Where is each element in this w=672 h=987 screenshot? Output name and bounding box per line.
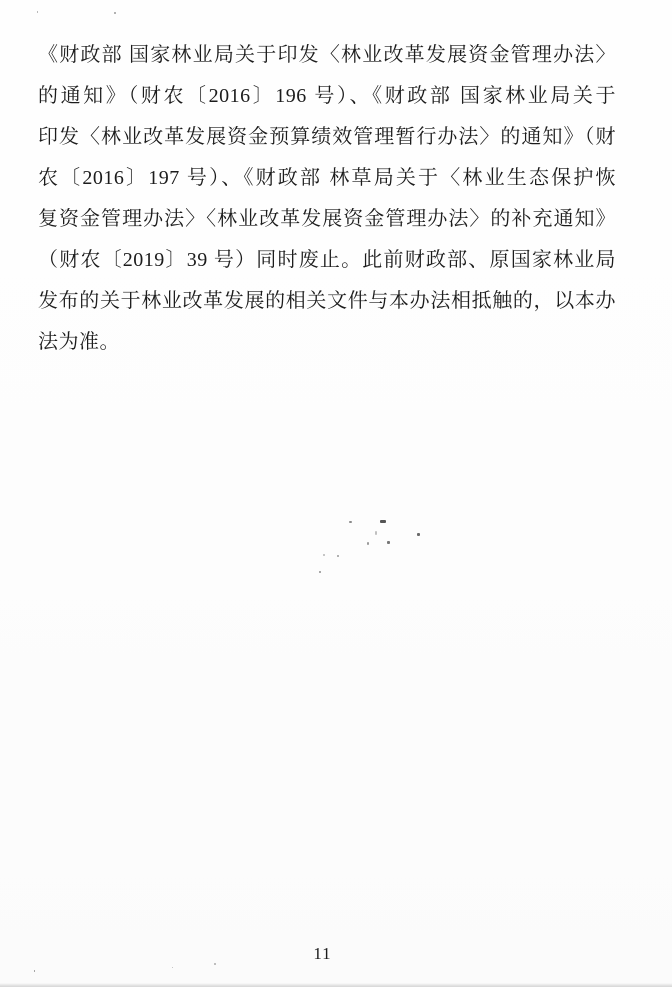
paragraph-line-4: 农〔2016〕197 号）、《财政部 林草局关于〈林业生态保护恢 [38, 158, 616, 199]
scan-speck [323, 554, 325, 556]
scan-bottom-edge [0, 983, 672, 987]
scan-speck [367, 542, 369, 545]
scan-speck [34, 970, 35, 972]
paragraph-line-7: 发布的关于林业改革发展的相关文件与本办法相抵触的，以本办 [38, 281, 616, 322]
paragraph-line-1: 《财政部 国家林业局关于印发〈林业改革发展资金管理办法〉 [38, 35, 616, 76]
scan-speck [375, 531, 377, 535]
paragraph-line-8: 法为准。 [38, 322, 616, 363]
scan-speck [337, 555, 339, 557]
paragraph-line-6: （财农〔2019〕39 号）同时废止。此前财政部、原国家林业局 [38, 240, 616, 281]
scan-speck [214, 963, 216, 965]
scan-speck [417, 533, 420, 536]
page-number: 11 [0, 944, 645, 964]
body-paragraph: 《财政部 国家林业局关于印发〈林业改革发展资金管理办法〉 的通知》（财农〔201… [38, 35, 616, 363]
scan-speck [37, 11, 38, 13]
document-page: 《财政部 国家林业局关于印发〈林业改革发展资金管理办法〉 的通知》（财农〔201… [0, 0, 672, 987]
scan-speck [349, 521, 352, 523]
scan-speck [172, 967, 173, 968]
scan-speck [380, 520, 386, 523]
paragraph-line-5: 复资金管理办法〉〈林业改革发展资金管理办法〉的补充通知》 [38, 199, 616, 240]
scan-speck [319, 571, 321, 573]
paragraph-line-3: 印发〈林业改革发展资金预算绩效管理暂行办法〉的通知》（财 [38, 117, 616, 158]
scan-speck [387, 541, 390, 544]
scan-speck [114, 12, 116, 14]
paragraph-line-2: 的通知》（财农〔2016〕196 号）、《财政部 国家林业局关于 [38, 76, 616, 117]
